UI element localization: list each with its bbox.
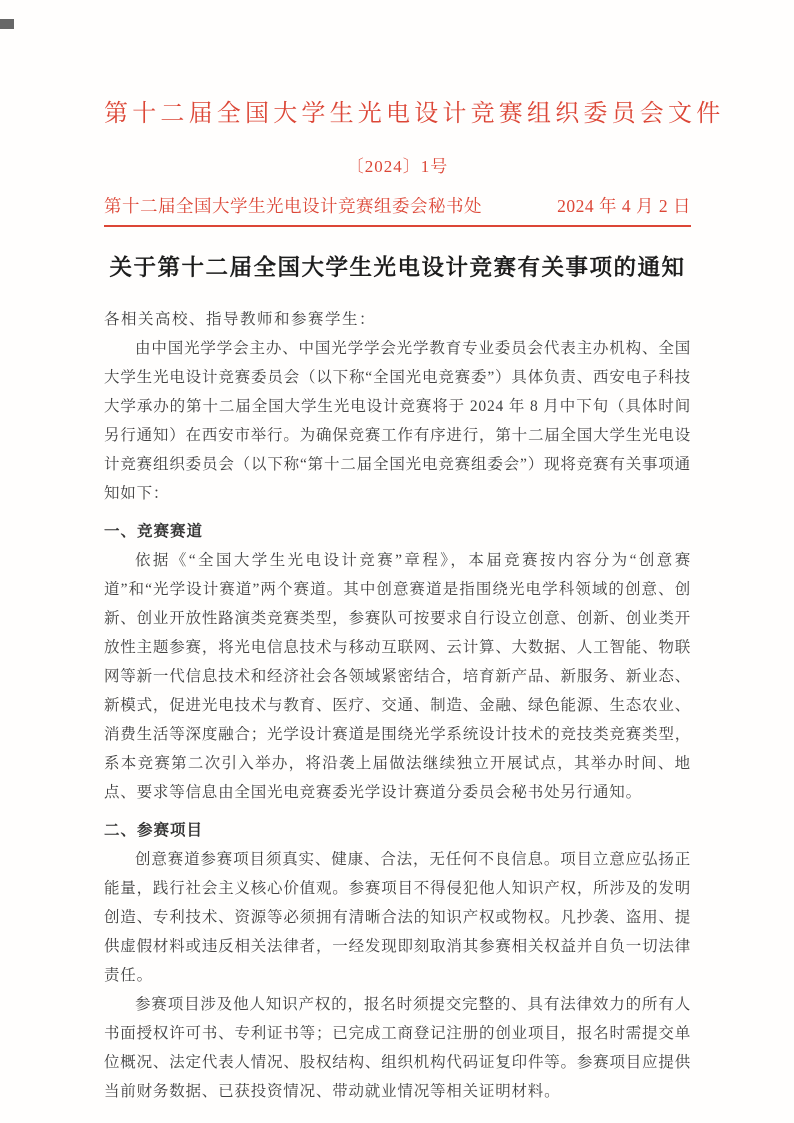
document-title: 关于第十二届全国大学生光电设计竞赛有关事项的通知	[104, 251, 691, 285]
intro-paragraph: 由中国光学学会主办、中国光学学会光学教育专业委员会代表主办机构、全国大学生光电设…	[104, 334, 691, 508]
issuer-row: 第十二届全国大学生光电设计竞赛组委会秘书处 2024 年 4 月 2 日	[104, 194, 691, 227]
scan-artifact	[0, 19, 14, 29]
salutation: 各相关高校、指导教师和参赛学生：	[104, 305, 691, 334]
issuer-name: 第十二届全国大学生光电设计竞赛组委会秘书处	[104, 194, 482, 218]
section-2-paragraph-1: 创意赛道参赛项目须真实、健康、合法，无任何不良信息。项目立意应弘扬正能量，践行社…	[104, 845, 691, 990]
section-2-paragraph-2: 参赛项目涉及他人知识产权的，报名时须提交完整的、具有法律效力的所有人书面授权许可…	[104, 990, 691, 1106]
document-page: 第十二届全国大学生光电设计竞赛组织委员会文件 〔2024〕1号 第十二届全国大学…	[0, 0, 794, 1123]
section-heading-1: 一、竞赛赛道	[104, 517, 691, 546]
issue-date: 2024 年 4 月 2 日	[557, 194, 691, 218]
document-issue-number: 〔2024〕1号	[104, 155, 691, 179]
letterhead-org-title: 第十二届全国大学生光电设计竞赛组织委员会文件	[104, 96, 691, 132]
section-1-paragraph: 依据《“全国大学生光电设计竞赛”章程》，本届竞赛按内容分为“创意赛道”和“光学设…	[104, 546, 691, 807]
section-heading-2: 二、参赛项目	[104, 816, 691, 845]
